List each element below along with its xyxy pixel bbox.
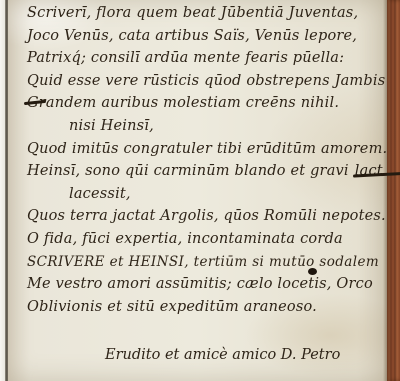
book-fore-edge bbox=[387, 0, 400, 381]
manuscript-line: Scriverī, flora quem beat Jūbentiā Juven… bbox=[27, 2, 378, 25]
manuscript-line: Heinsī, sono qūi carminūm blando et grav… bbox=[27, 160, 378, 183]
manuscript-line: nisi Heinsī, bbox=[27, 115, 378, 138]
manuscript-line: Quos terra jactat Argolis, qūos Romūli n… bbox=[27, 205, 378, 228]
manuscript-line: O fida, fūci expertia, incontaminata cor… bbox=[27, 228, 378, 251]
manuscript-line: Quid esse vere rūsticis qūod obstrepens … bbox=[27, 70, 378, 93]
manuscript-line: Oblivionis et sitū expeditūm araneoso. bbox=[27, 296, 378, 319]
ink-blot bbox=[308, 268, 317, 275]
line-text: Heinsī, sono qūi carminūm blando et grav… bbox=[27, 163, 349, 179]
manuscript-line: Patrixq́; consilī ardūa mente fearis pūe… bbox=[27, 47, 378, 70]
gutter-shadow-line bbox=[5, 0, 8, 381]
manuscript-line: Quod imitūs congratuler tibi erūditūm am… bbox=[27, 138, 378, 161]
struck-out-word: lact bbox=[355, 160, 383, 183]
manuscript-line: lacessit, bbox=[27, 183, 378, 206]
manuscript-line: Joco Venūs, cata artibus Saïs, Venūs lep… bbox=[27, 25, 378, 48]
manuscript-line: Grandem auribus molestiam creēns nihil. bbox=[27, 92, 378, 115]
manuscript-text: Scriverī, flora quem beat Jūbentiā Juven… bbox=[27, 2, 378, 318]
manuscript-line: Me vestro amori assūmitis; cælo locetis,… bbox=[27, 273, 378, 296]
manuscript-line: SCRIVERE et HEINSI, tertiūm si mutūo sod… bbox=[27, 251, 378, 274]
manuscript-photo: Scriverī, flora quem beat Jūbentiā Juven… bbox=[0, 0, 400, 381]
dedication-line: Erudito et amicè amico D. Petro bbox=[105, 347, 340, 363]
